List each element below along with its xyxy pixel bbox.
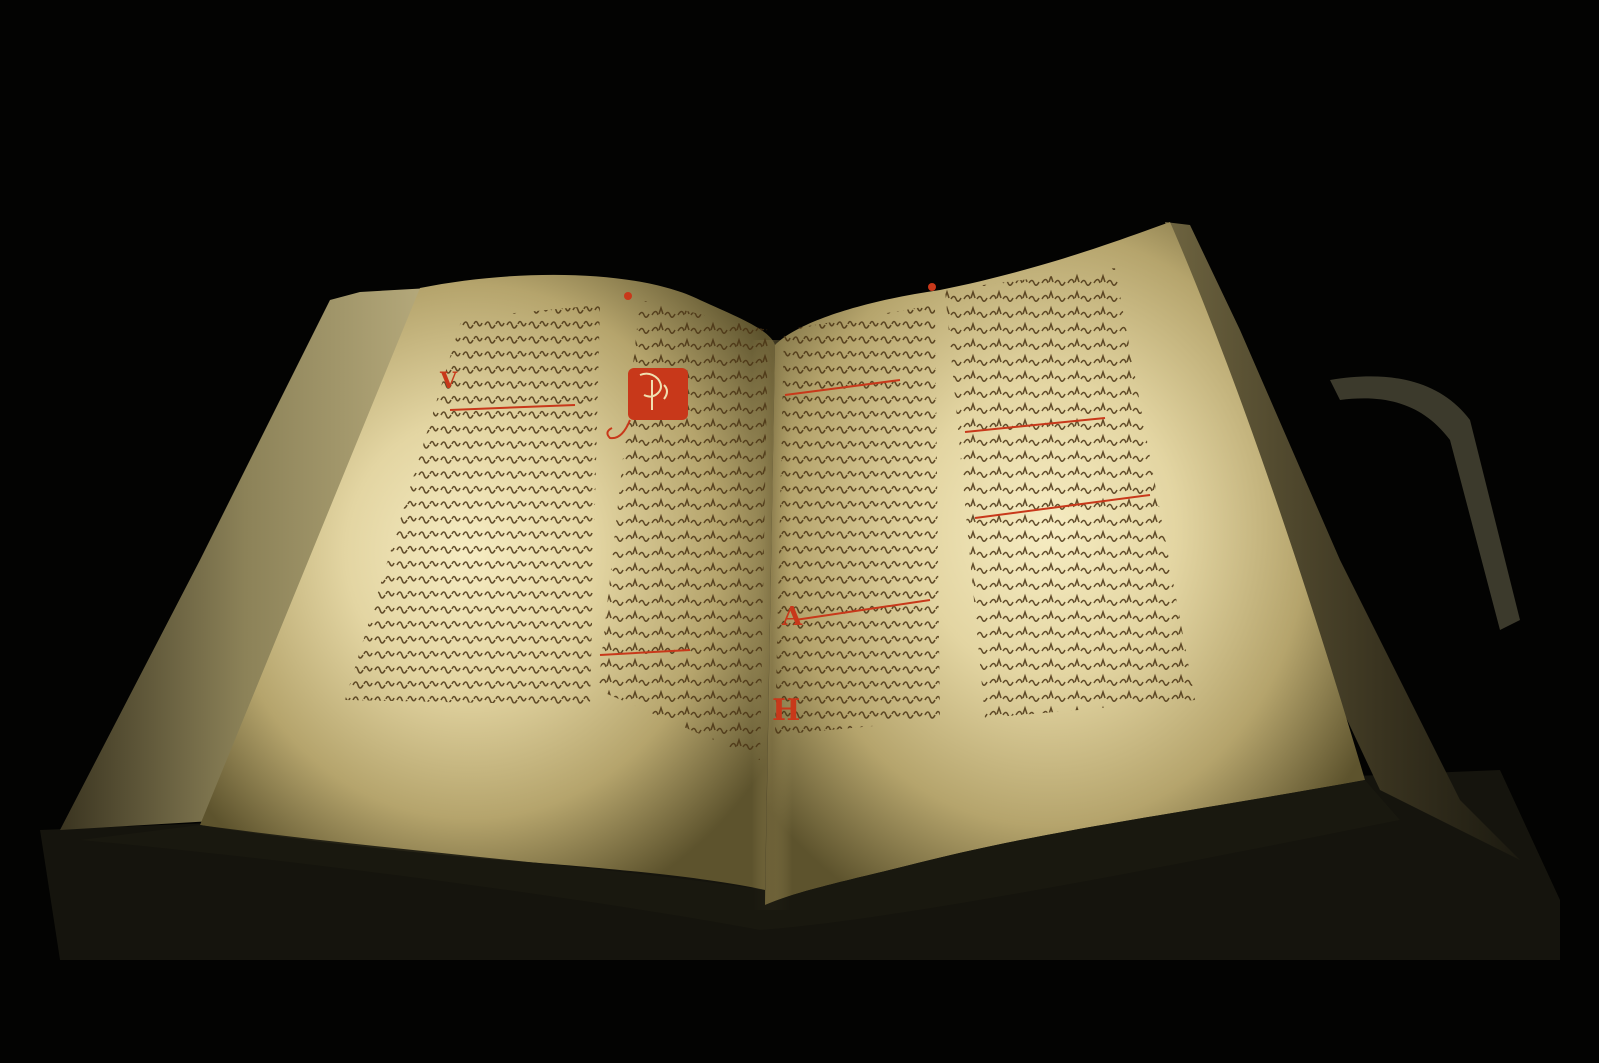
- open-book: V A H: [0, 0, 1599, 1063]
- initial-v: V: [439, 368, 458, 394]
- initial-h: H: [772, 693, 800, 728]
- folio-mark-left: [624, 292, 632, 300]
- initial-a: A: [781, 602, 803, 632]
- manuscript-photo: Open medieval manuscript on a dark stand…: [0, 0, 1599, 1063]
- folio-mark-right: [928, 283, 936, 291]
- ribbon-bookmark: [1330, 376, 1520, 630]
- right-page-column-1: [775, 305, 940, 735]
